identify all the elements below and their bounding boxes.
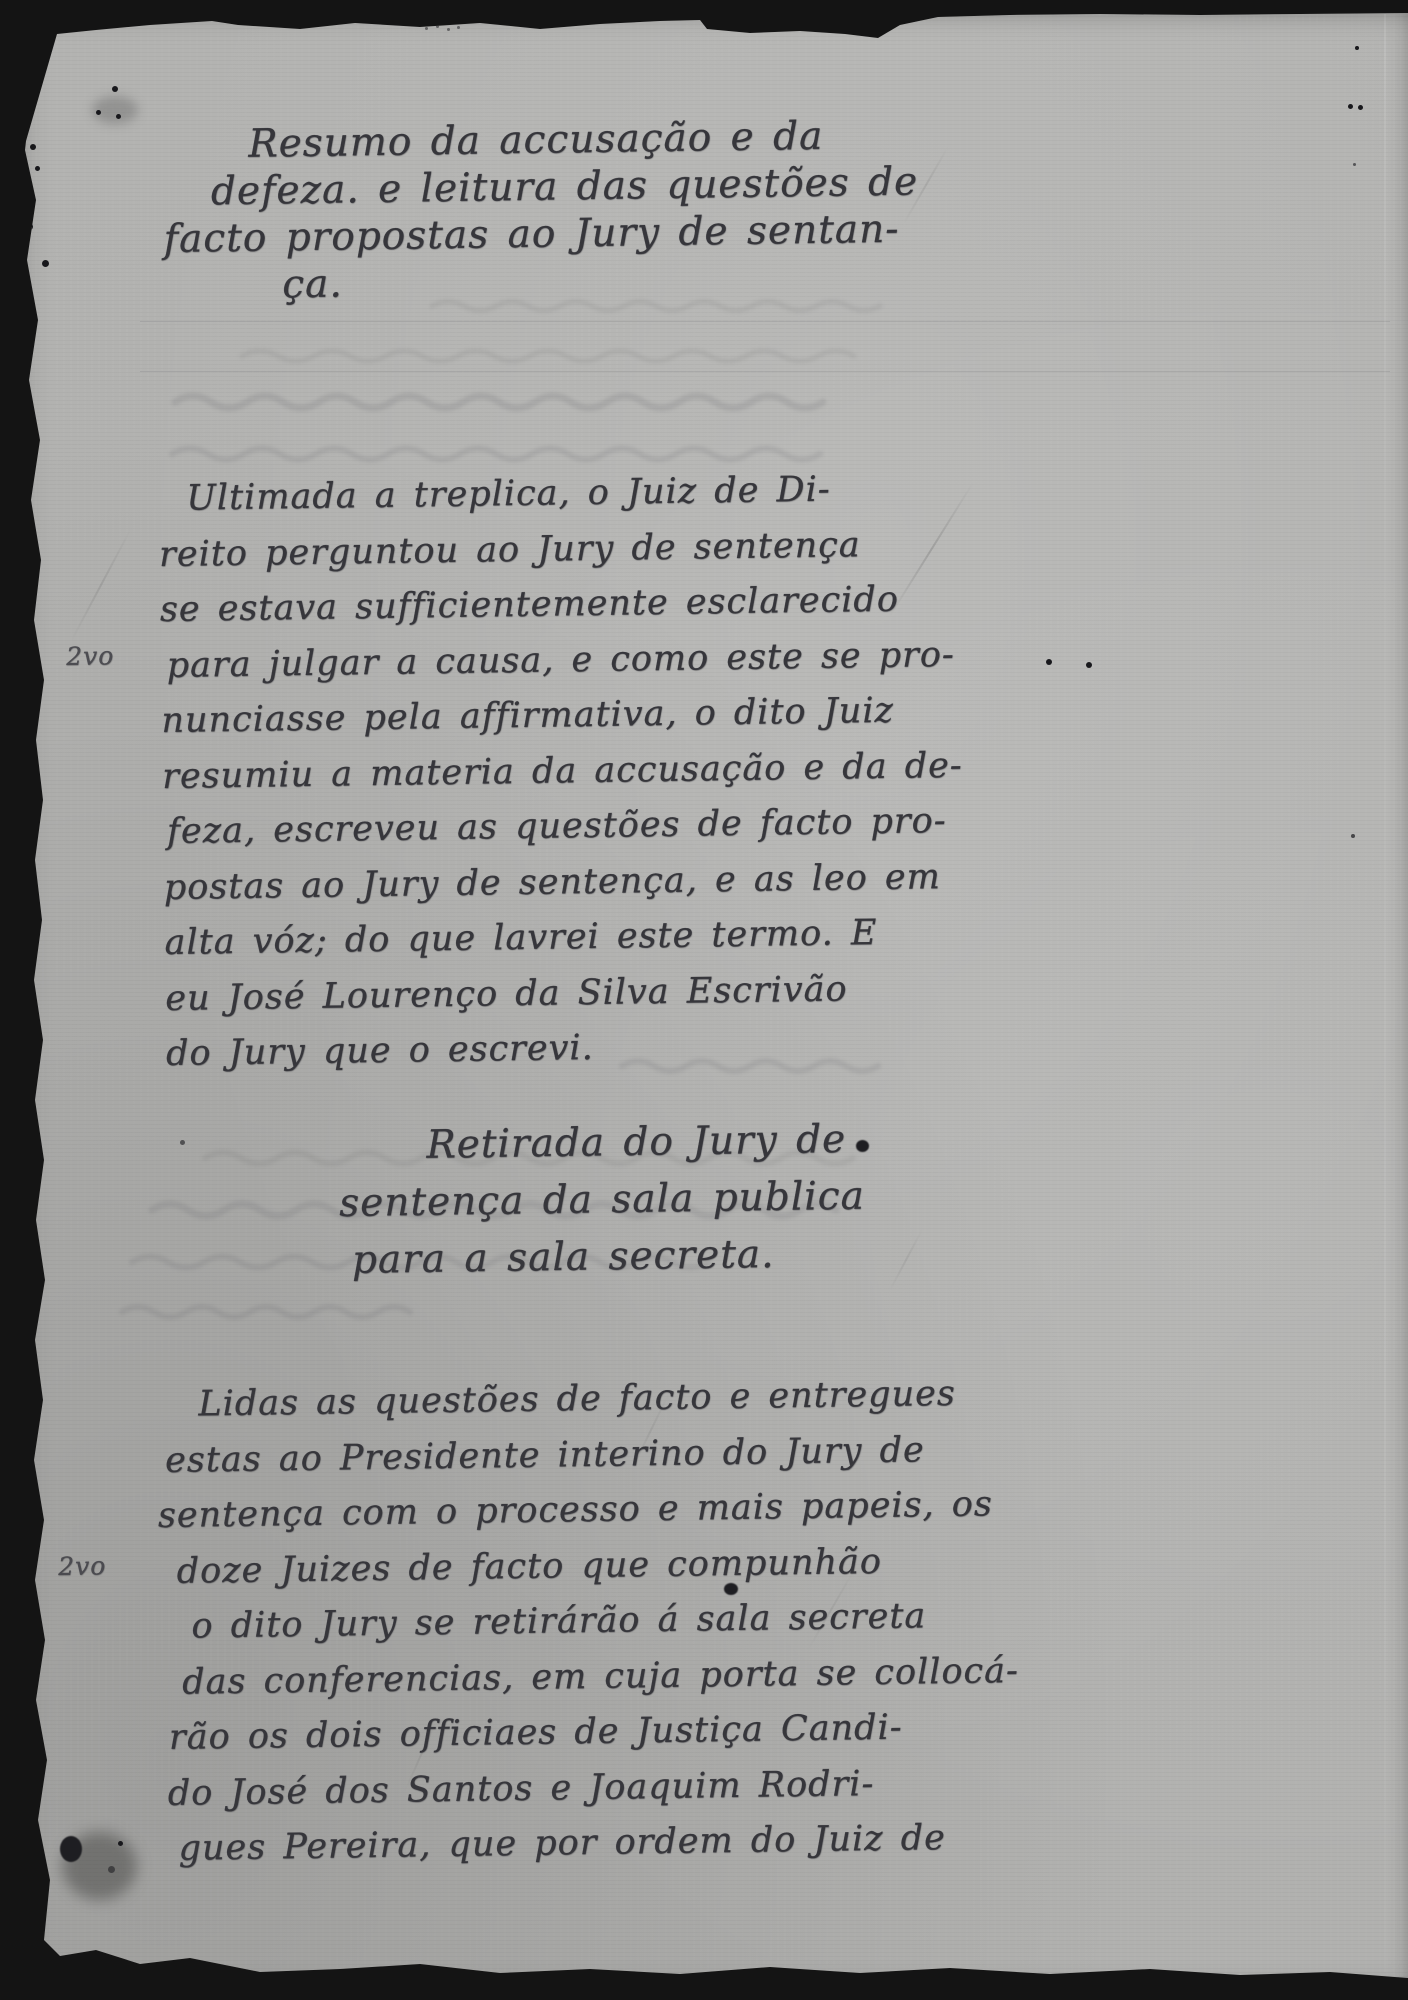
scan-bed: Resumo da accusação e da defeza. e leitu…	[0, 0, 1408, 2000]
manuscript-page: Resumo da accusação e da defeza. e leitu…	[0, 0, 1408, 2000]
edge-shadow	[0, 0, 1408, 2000]
